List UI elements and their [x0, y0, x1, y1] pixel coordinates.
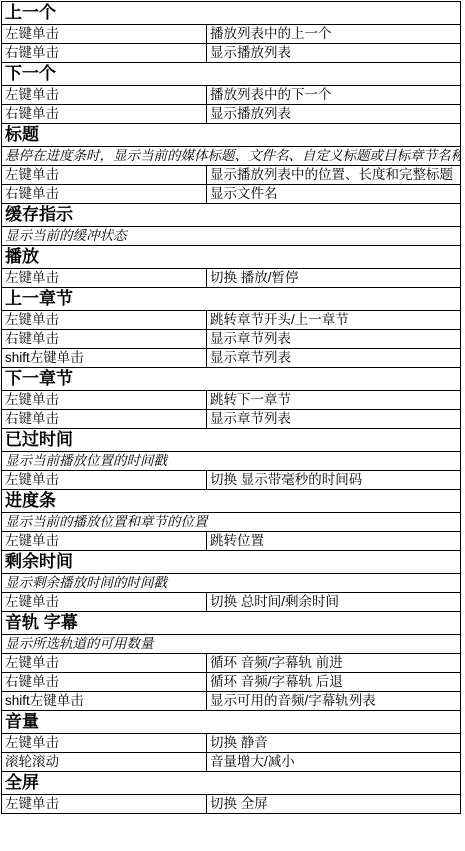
effect-cell: 播放列表中的上一个: [207, 25, 461, 44]
section-header-row: 音轨 字幕: [2, 612, 461, 635]
section-description: 显示当前的缓冲状态: [2, 227, 461, 246]
table-body: 上一个左键单击播放列表中的上一个右键单击显示播放列表下一个左键单击播放列表中的下…: [2, 2, 461, 814]
effect-cell: 播放列表中的下一个: [207, 86, 461, 105]
section-description: 显示当前的播放位置和章节的位置: [2, 513, 461, 532]
section-description-row: 显示当前的播放位置和章节的位置: [2, 513, 461, 532]
section-header-row: 上一个: [2, 2, 461, 25]
mapping-row: 左键单击切换 静音: [2, 734, 461, 753]
effect-cell: 切换 静音: [207, 734, 461, 753]
action-cell: shift左键单击: [2, 349, 207, 368]
mapping-row: 右键单击显示章节列表: [2, 330, 461, 349]
action-cell: 右键单击: [2, 44, 207, 63]
mapping-row: 右键单击循环 音频/字幕轨 后退: [2, 673, 461, 692]
section-title: 音轨 字幕: [2, 612, 461, 635]
effect-cell: 显示可用的音频/字幕轨列表: [207, 692, 461, 711]
action-cell: 左键单击: [2, 734, 207, 753]
section-header-row: 全屏: [2, 772, 461, 795]
effect-cell: 显示章节列表: [207, 330, 461, 349]
effect-cell: 音量增大/减小: [207, 753, 461, 772]
effect-cell: 切换 播放/暂停: [207, 269, 461, 288]
mapping-row: 右键单击显示播放列表: [2, 44, 461, 63]
action-cell: 右键单击: [2, 105, 207, 124]
action-cell: 左键单击: [2, 795, 207, 814]
section-description: 显示剩余播放时间的时间戳: [2, 574, 461, 593]
section-header-row: 下一章节: [2, 368, 461, 391]
section-title: 全屏: [2, 772, 461, 795]
section-header-row: 已过时间: [2, 429, 461, 452]
effect-cell: 跳转位置: [207, 532, 461, 551]
effect-cell: 切换 总时间/剩余时间: [207, 593, 461, 612]
section-title: 剩余时间: [2, 551, 461, 574]
mapping-row: 滚轮滚动音量增大/减小: [2, 753, 461, 772]
section-title: 已过时间: [2, 429, 461, 452]
action-cell: 左键单击: [2, 86, 207, 105]
section-description: 显示所选轨道的可用数量: [2, 635, 461, 654]
effect-cell: 显示文件名: [207, 185, 461, 204]
mapping-row: shift左键单击显示章节列表: [2, 349, 461, 368]
effect-cell: 显示章节列表: [207, 349, 461, 368]
mapping-row: 左键单击跳转下一章节: [2, 391, 461, 410]
action-cell: 左键单击: [2, 269, 207, 288]
section-title: 音量: [2, 711, 461, 734]
mapping-row: 右键单击显示章节列表: [2, 410, 461, 429]
action-cell: 左键单击: [2, 471, 207, 490]
section-header-row: 下一个: [2, 63, 461, 86]
media-controls-reference-table: 上一个左键单击播放列表中的上一个右键单击显示播放列表下一个左键单击播放列表中的下…: [1, 1, 461, 814]
section-description-row: 显示剩余播放时间的时间戳: [2, 574, 461, 593]
action-cell: 左键单击: [2, 593, 207, 612]
mapping-row: 左键单击切换 总时间/剩余时间: [2, 593, 461, 612]
effect-cell: 循环 音频/字幕轨 前进: [207, 654, 461, 673]
mapping-row: 右键单击显示文件名: [2, 185, 461, 204]
mapping-row: 左键单击显示播放列表中的位置、长度和完整标题: [2, 166, 461, 185]
action-cell: 右键单击: [2, 673, 207, 692]
mapping-row: 左键单击跳转章节开头/上一章节: [2, 311, 461, 330]
effect-cell: 切换 全屏: [207, 795, 461, 814]
mapping-row: 左键单击切换 显示带毫秒的时间码: [2, 471, 461, 490]
mapping-row: 左键单击切换 播放/暂停: [2, 269, 461, 288]
section-header-row: 进度条: [2, 490, 461, 513]
effect-cell: 显示播放列表中的位置、长度和完整标题: [207, 166, 461, 185]
action-cell: 右键单击: [2, 330, 207, 349]
action-cell: 左键单击: [2, 25, 207, 44]
mapping-row: shift左键单击显示可用的音频/字幕轨列表: [2, 692, 461, 711]
effect-cell: 跳转下一章节: [207, 391, 461, 410]
section-header-row: 剩余时间: [2, 551, 461, 574]
section-title: 播放: [2, 246, 461, 269]
effect-cell: 显示播放列表: [207, 105, 461, 124]
section-title: 下一章节: [2, 368, 461, 391]
action-cell: 左键单击: [2, 391, 207, 410]
section-title: 上一个: [2, 2, 461, 25]
section-description-row: 显示当前播放位置的时间戳: [2, 452, 461, 471]
effect-cell: 切换 显示带毫秒的时间码: [207, 471, 461, 490]
section-header-row: 播放: [2, 246, 461, 269]
section-title: 进度条: [2, 490, 461, 513]
effect-cell: 循环 音频/字幕轨 后退: [207, 673, 461, 692]
section-title: 下一个: [2, 63, 461, 86]
effect-cell: 跳转章节开头/上一章节: [207, 311, 461, 330]
action-cell: 左键单击: [2, 532, 207, 551]
action-cell: 左键单击: [2, 166, 207, 185]
section-title: 标题: [2, 124, 461, 147]
effect-cell: 显示章节列表: [207, 410, 461, 429]
action-cell: 左键单击: [2, 654, 207, 673]
section-header-row: 音量: [2, 711, 461, 734]
mapping-row: 左键单击切换 全屏: [2, 795, 461, 814]
action-cell: 滚轮滚动: [2, 753, 207, 772]
section-title: 上一章节: [2, 288, 461, 311]
mapping-row: 左键单击循环 音频/字幕轨 前进: [2, 654, 461, 673]
section-description-row: 显示当前的缓冲状态: [2, 227, 461, 246]
section-header-row: 缓存指示: [2, 204, 461, 227]
action-cell: 右键单击: [2, 185, 207, 204]
mapping-row: 左键单击跳转位置: [2, 532, 461, 551]
action-cell: 左键单击: [2, 311, 207, 330]
section-header-row: 标题: [2, 124, 461, 147]
action-cell: 右键单击: [2, 410, 207, 429]
action-cell: shift左键单击: [2, 692, 207, 711]
section-description: 显示当前播放位置的时间戳: [2, 452, 461, 471]
section-description-row: 悬停在进度条时，显示当前的媒体标题、文件名、自定义标题或目标章节名称: [2, 147, 461, 166]
effect-cell: 显示播放列表: [207, 44, 461, 63]
section-title: 缓存指示: [2, 204, 461, 227]
section-description-row: 显示所选轨道的可用数量: [2, 635, 461, 654]
mapping-row: 左键单击播放列表中的下一个: [2, 86, 461, 105]
mapping-row: 左键单击播放列表中的上一个: [2, 25, 461, 44]
section-header-row: 上一章节: [2, 288, 461, 311]
section-description: 悬停在进度条时，显示当前的媒体标题、文件名、自定义标题或目标章节名称: [2, 147, 461, 166]
mapping-row: 右键单击显示播放列表: [2, 105, 461, 124]
